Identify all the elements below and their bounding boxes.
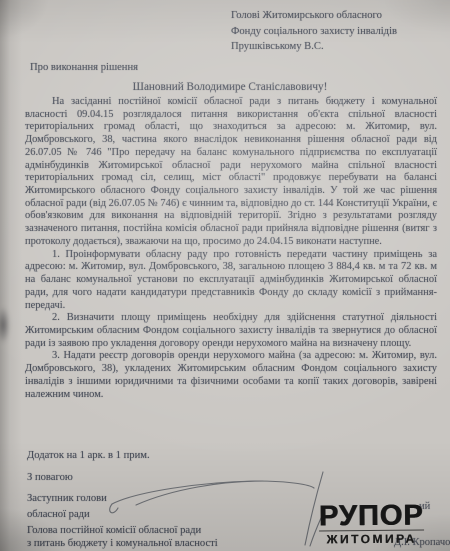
addressee-line-3: Прушківському В.С. — [231, 39, 397, 55]
paragraph-intro: На засіданні постійної комісії обласної … — [25, 96, 437, 249]
addressee-line-2: Фонду соціального захисту інвалідів — [231, 24, 397, 40]
scanned-letter-photo: Голові Житомирського обласного Фонду соц… — [0, 0, 450, 551]
salutation: Шановний Володимире Станіславовичу! — [20, 81, 440, 93]
addressee-block: Голові Житомирського обласного Фонду соц… — [231, 8, 397, 55]
watermark-line2: ЖИТОМИРА — [319, 530, 424, 546]
watermark-line1: РУПОР — [319, 503, 424, 530]
paragraph-item-2: 2. Визначити площу приміщень необхідну д… — [25, 312, 437, 350]
attachment-note: Додаток на 1 арк. в 1 прим. — [27, 450, 150, 461]
body-paragraphs: На засіданні постійної комісії обласної … — [25, 96, 437, 401]
photo-smudge — [0, 303, 11, 347]
paragraph-item-3: 3. Надати реєстр договорів оренди нерухо… — [25, 350, 437, 401]
rupor-zhytomyra-watermark: РУПОР ЖИТОМИРА — [319, 503, 424, 546]
subject-line: Про виконання рішення — [30, 62, 138, 73]
addressee-line-1: Голові Житомирського обласного — [231, 8, 397, 24]
paragraph-item-1: 1. Проінформувати обласну раду про готов… — [25, 249, 437, 313]
